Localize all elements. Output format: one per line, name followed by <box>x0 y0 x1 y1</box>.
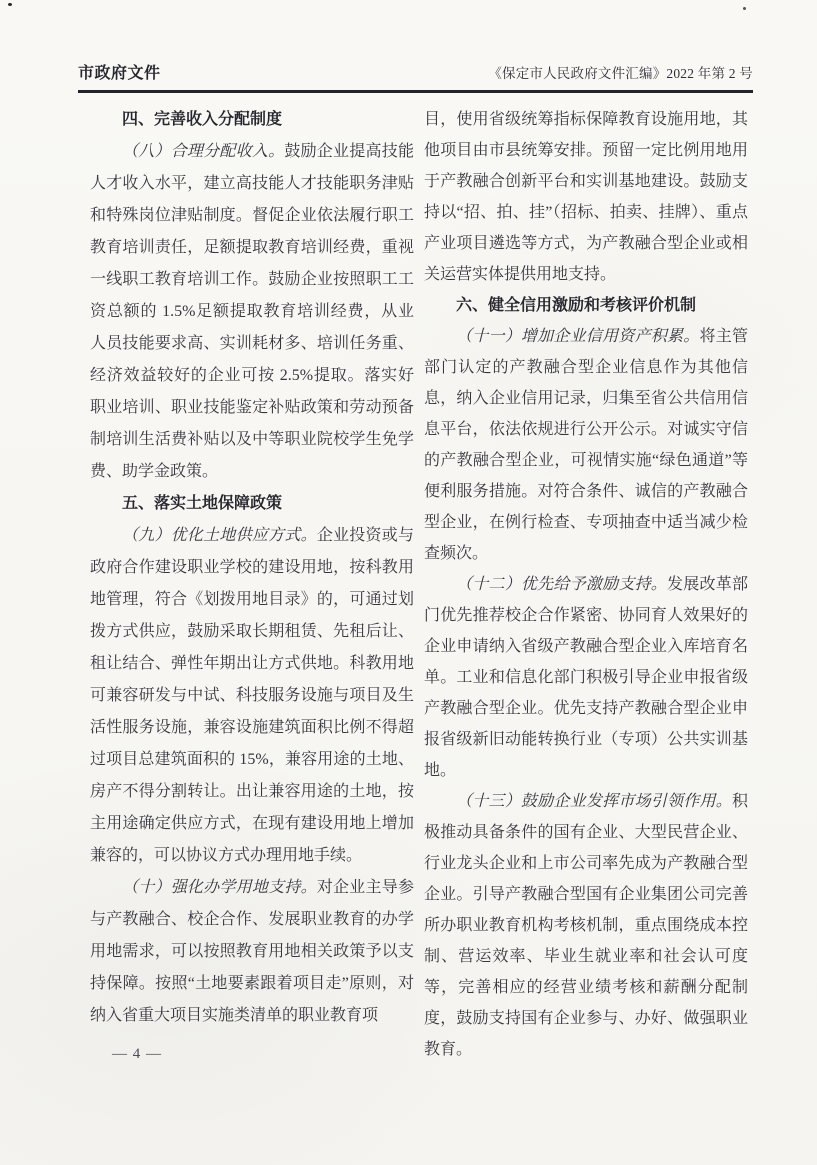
paragraph-text: 发展改革部门优先推荐校企合作紧密、协同育人效果好的企业申请纳入省级产教融合型企业… <box>424 576 748 779</box>
header-publication-info: 《保定市人民政府文件汇编》2022 年第 2 号 <box>488 62 753 83</box>
paragraph-text: 将主管部门认定的产教融合型企业信息作为其他信息，纳入企业信用记录，归集至省公共信… <box>424 328 748 562</box>
paragraph-item-10-continuation: 目，使用省级统筹指标保障教育设施用地，其他项目由市县统筹安排。预留一定比例用地用… <box>424 104 748 290</box>
paragraph-text: 对企业主导参与产教融合、校企合作、发展职业教育的办学用地需求，可以按照教育用地相… <box>90 879 414 1024</box>
left-column: 四、完善收入分配制度 （八）合理分配收入。鼓励企业提高技能人才收入水平，建立高技… <box>90 104 414 1065</box>
section-heading-6: 六、健全信用激励和考核评价机制 <box>424 290 748 321</box>
header-doc-type: 市政府文件 <box>78 60 161 83</box>
document-body: 四、完善收入分配制度 （八）合理分配收入。鼓励企业提高技能人才收入水平，建立高技… <box>90 104 748 1065</box>
paragraph-text: 企业投资或与政府合作建设职业学校的建设用地，按科教用地管理，符合《划拨用地目录》… <box>90 527 414 864</box>
document-page: 市政府文件 《保定市人民政府文件汇编》2022 年第 2 号 四、完善收入分配制… <box>0 0 817 1165</box>
paragraph-lead: （八）合理分配收入。 <box>122 143 284 160</box>
paragraph-item-12: （十二）优先给予激励支持。发展改革部门优先推荐校企合作紧密、协同育人效果好的企业… <box>424 569 748 786</box>
paragraph-lead: （十二）优先给予激励支持。 <box>456 576 667 593</box>
paragraph-item-13: （十三）鼓励企业发挥市场引领作用。积极推动具备条件的国有企业、大型民营企业、行业… <box>424 786 748 1065</box>
page-header: 市政府文件 《保定市人民政府文件汇编》2022 年第 2 号 <box>78 60 753 83</box>
paragraph-lead: （十）强化办学用地支持。 <box>122 879 317 896</box>
paragraph-item-10: （十）强化办学用地支持。对企业主导参与产教融合、校企合作、发展职业教育的办学用地… <box>90 872 414 1032</box>
scan-artifact <box>743 7 746 10</box>
paragraph-item-11: （十一）增加企业信用资产积累。将主管部门认定的产教融合型企业信息作为其他信息，纳… <box>424 321 748 569</box>
paragraph-text: 鼓励企业提高技能人才收入水平，建立高技能人才技能职务津贴和特殊岗位津贴制度。督促… <box>90 143 414 480</box>
page-number: — 4 — <box>112 1046 162 1063</box>
paragraph-item-8: （八）合理分配收入。鼓励企业提高技能人才收入水平，建立高技能人才技能职务津贴和特… <box>90 136 414 488</box>
paragraph-lead: （十一）增加企业信用资产积累。 <box>456 328 700 345</box>
paragraph-text: 积极推动具备条件的国有企业、大型民营企业、行业龙头企业和上市公司率先成为产教融合… <box>424 793 748 1058</box>
scan-artifact <box>8 3 12 6</box>
right-column: 目，使用省级统筹指标保障教育设施用地，其他项目由市县统筹安排。预留一定比例用地用… <box>424 104 748 1065</box>
paragraph-lead: （九）优化土地供应方式。 <box>122 527 317 544</box>
section-heading-5: 五、落实土地保障政策 <box>90 488 414 520</box>
paragraph-item-9: （九）优化土地供应方式。企业投资或与政府合作建设职业学校的建设用地，按科教用地管… <box>90 520 414 872</box>
paragraph-lead: （十三）鼓励企业发挥市场引领作用。 <box>456 793 732 810</box>
header-rule <box>78 90 753 93</box>
section-heading-4: 四、完善收入分配制度 <box>90 104 414 136</box>
